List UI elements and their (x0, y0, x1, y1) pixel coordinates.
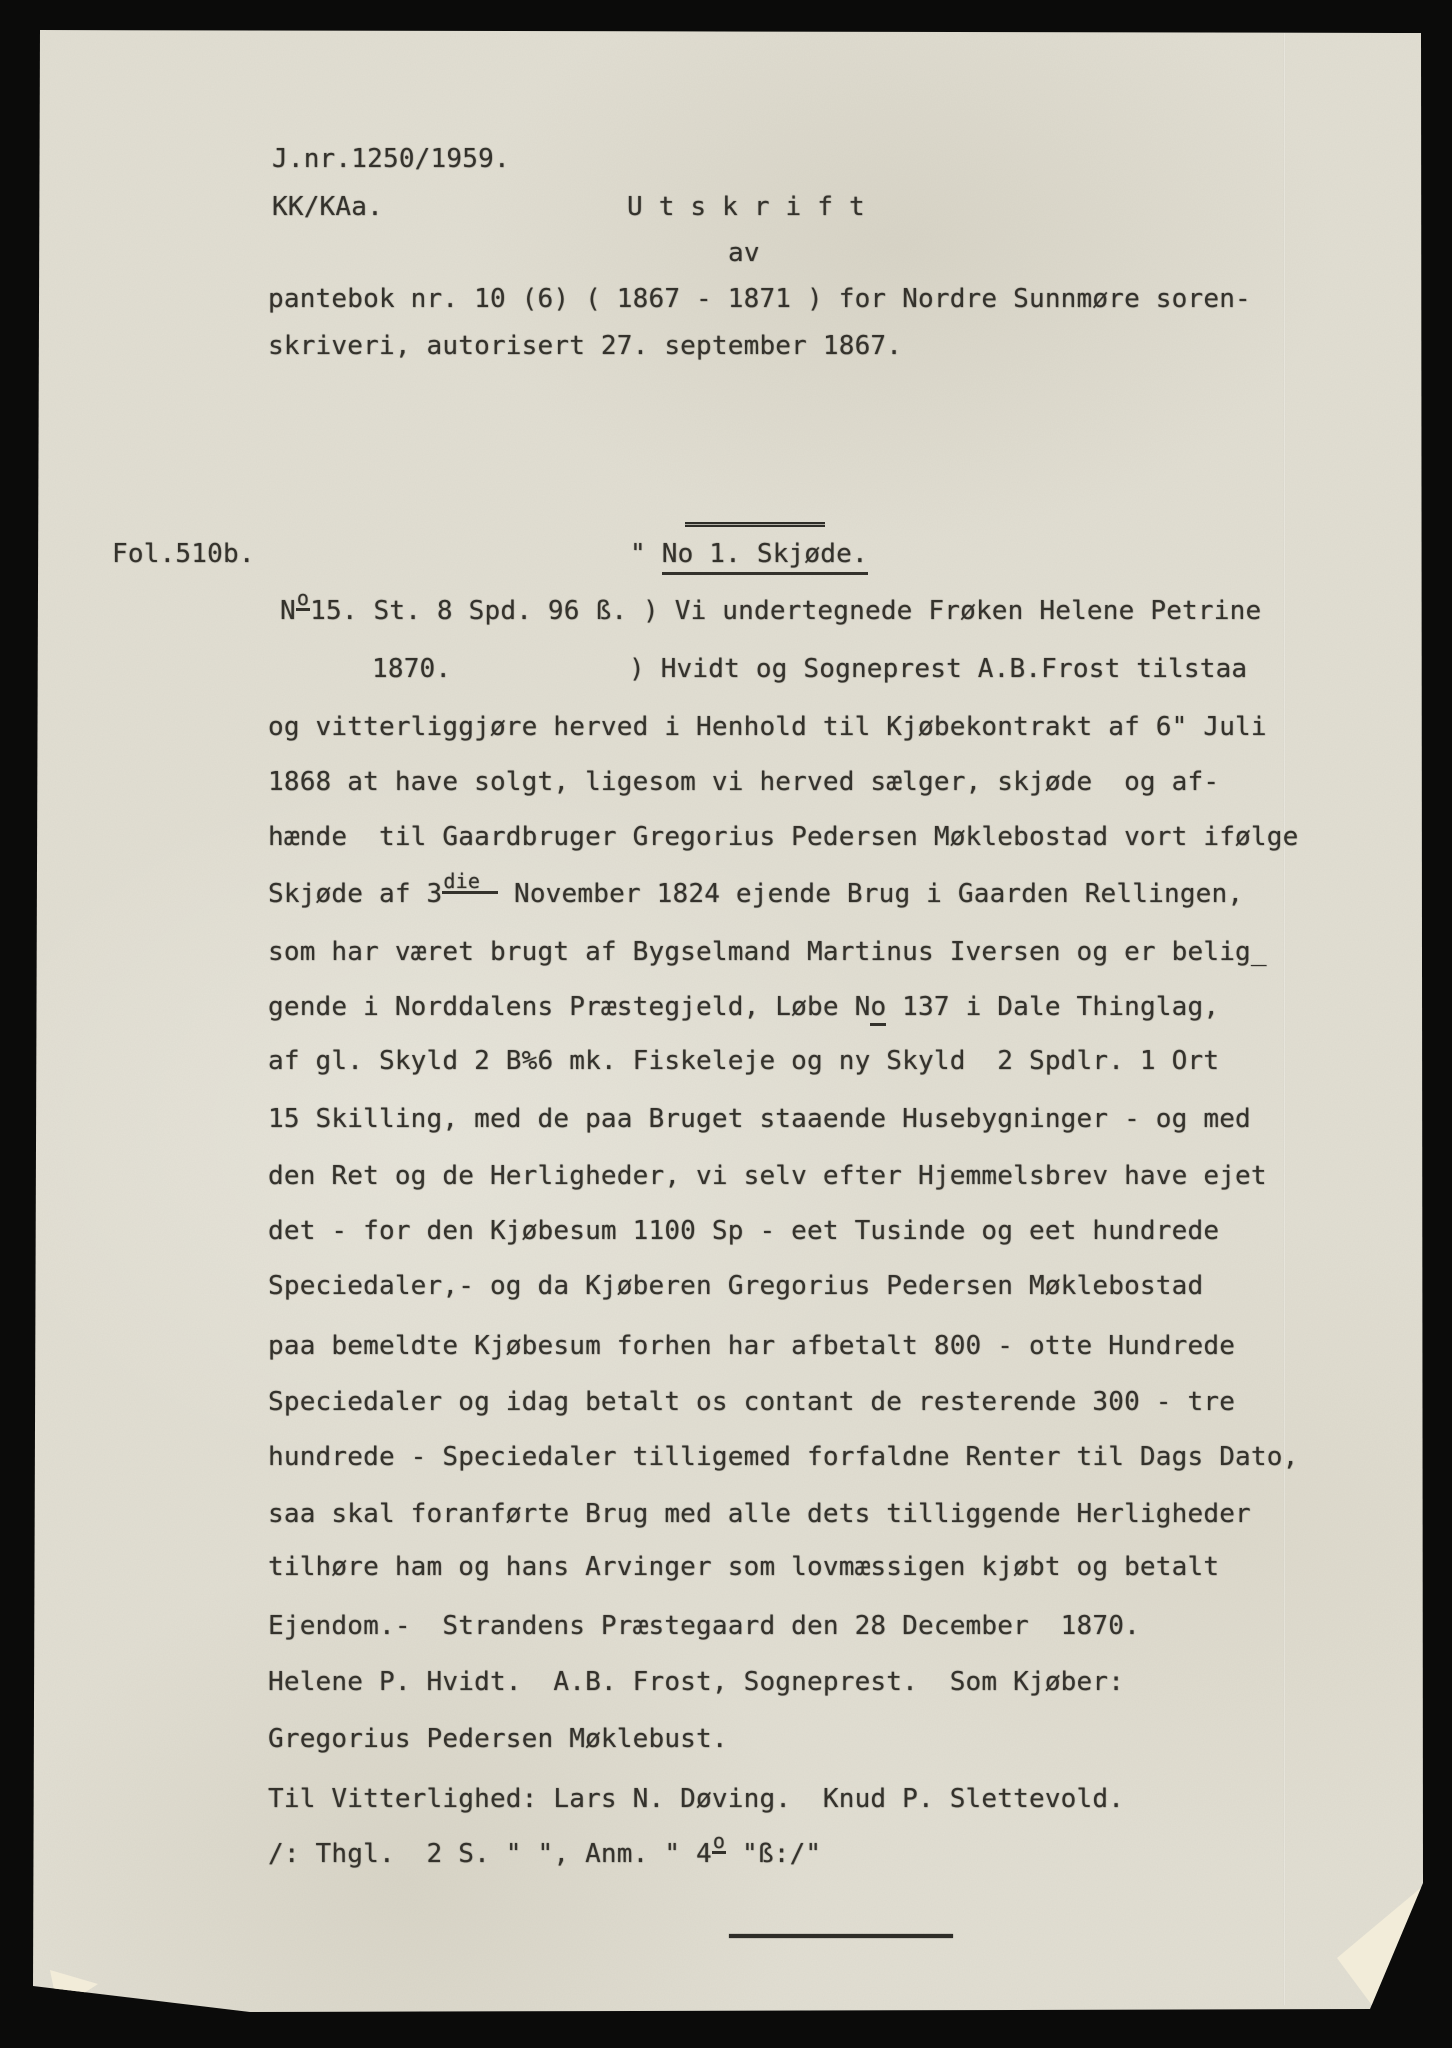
scan-background: J.nr.1250/1959.KK/KAa.U t s k r i f tavp… (0, 0, 1452, 2048)
signature-line: Helene P. Hvidt. A.B. Frost, Sogneprest.… (268, 1669, 1124, 1695)
body-line: saa skal foranførte Brug med alle dets t… (268, 1501, 1251, 1527)
typist-initials: KK/KAa. (272, 194, 383, 220)
body-line: hundrede - Speciedaler tilligemed forfal… (268, 1444, 1298, 1470)
folded-corner-bottom-right (1330, 1880, 1430, 2012)
body-line: den Ret og de Herligheder, vi selv efter… (268, 1163, 1267, 1189)
body-line: 15 Skilling, med de paa Bruget staaende … (268, 1106, 1251, 1132)
body-line: hænde til Gaardbruger Gregorius Pedersen… (268, 824, 1298, 850)
body-line: Ejendom.- Strandens Præstegaard den 28 D… (268, 1613, 1140, 1639)
body-line: Speciedaler og idag betalt os contant de… (268, 1389, 1235, 1415)
body-line: og vitterliggjøre herved i Henhold til K… (268, 714, 1267, 740)
body-line: 1870. (372, 656, 451, 682)
folio-reference: Fol.510b. (112, 541, 255, 567)
signature-line: Gregorius Pedersen Møklebust. (268, 1726, 728, 1752)
source-line-1: pantebok nr. 10 (6) ( 1867 - 1871 ) for … (268, 286, 1251, 312)
deed-heading: " No 1. Skjøde. (630, 541, 868, 567)
source-line-2: skriveri, autorisert 27. september 1867. (268, 333, 902, 359)
witnesses-line: Til Vitterlighed: Lars N. Døving. Knud P… (268, 1786, 1124, 1812)
registration-line: /: Thgl. 2 S. " ", Anm. " 4o "ß:/" (268, 1841, 821, 1868)
journal-number: J.nr.1250/1959. (272, 146, 510, 172)
body-line: Speciedaler,- og da Kjøberen Gregorius P… (268, 1273, 1203, 1299)
body-line: som har været brugt af Bygselmand Martin… (268, 939, 1267, 965)
paper-crease (1283, 33, 1286, 2005)
heading-utskrift: U t s k r i f t (627, 194, 865, 220)
body-line: tilhøre ham og hans Arvinger som lovmæss… (268, 1554, 1219, 1580)
heading-av: av (728, 240, 760, 266)
body-line: 1868 at have solgt, ligesom vi herved sæ… (268, 769, 1219, 795)
body-line: ) Hvidt og Sogneprest A.B.Frost tilstaa (629, 656, 1247, 682)
body-line: Skjøde af 3die November 1824 ejende Brug… (268, 881, 1243, 908)
folded-corner-bottom-left (44, 1964, 104, 2014)
body-line: det - for den Kjøbesum 1100 Sp - eet Tus… (268, 1218, 1219, 1244)
document-page: J.nr.1250/1959.KK/KAa.U t s k r i f tavp… (0, 0, 1452, 2048)
body-line: af gl. Skyld 2 B%6 mk. Fiskeleje og ny S… (268, 1048, 1219, 1074)
body-line: paa bemeldte Kjøbesum forhen har afbetal… (268, 1333, 1235, 1359)
section-divider-bottom (729, 1934, 953, 1938)
body-line: No15. St. 8 Spd. 96 ß. ) Vi undertegnede… (280, 598, 1261, 625)
body-line: gende i Norddalens Præstegjeld, Løbe No … (268, 994, 1219, 1020)
section-divider-top (685, 522, 825, 527)
